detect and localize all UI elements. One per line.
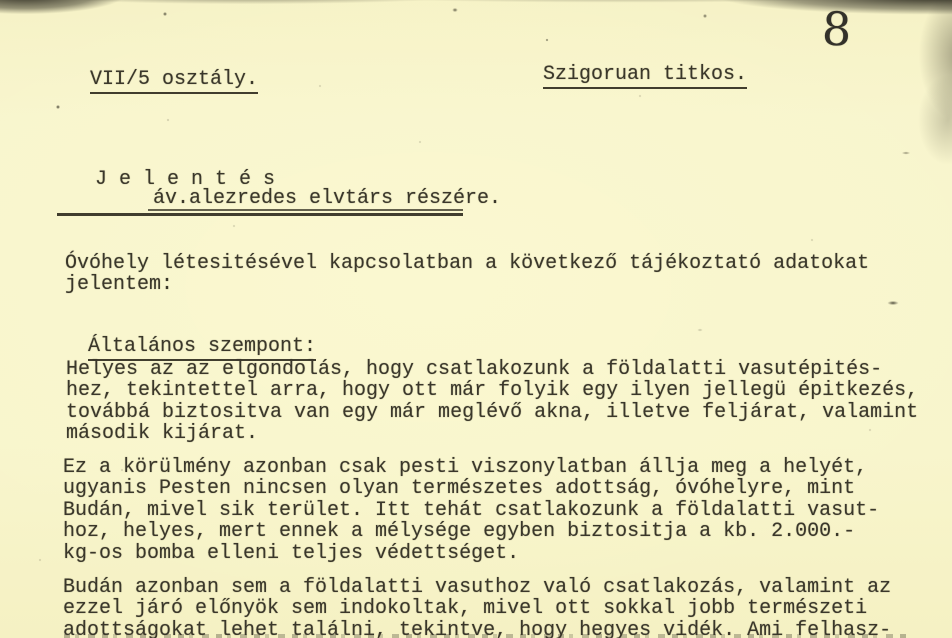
department-label: VII/5 osztály. [90,48,258,94]
section-heading: Általános szempont: [88,315,316,361]
clipped-bottom-line [64,634,906,638]
body-paragraph-1: Helyes az az elgondolás, hogy csatlakozu… [66,359,918,445]
classification-text: Szigoruan titkos. [543,64,747,88]
intro-paragraph: Óvóhely létesitésével kapcsolatban a köv… [65,253,869,296]
department-text: VII/5 osztály. [90,69,258,93]
report-addressee: áv.alezredes elvtárs részére. [153,188,501,209]
title-rule [57,213,463,216]
addressee-underline [148,209,463,211]
body-paragraph-3: Budán azonban sem a földalatti vasuthoz … [63,577,891,638]
body-paragraph-2: Ez a körülmény azonban csak pesti viszon… [63,457,879,564]
classification-label: Szigoruan titkos. [543,43,747,89]
handwritten-page-number: 8 [821,2,852,57]
